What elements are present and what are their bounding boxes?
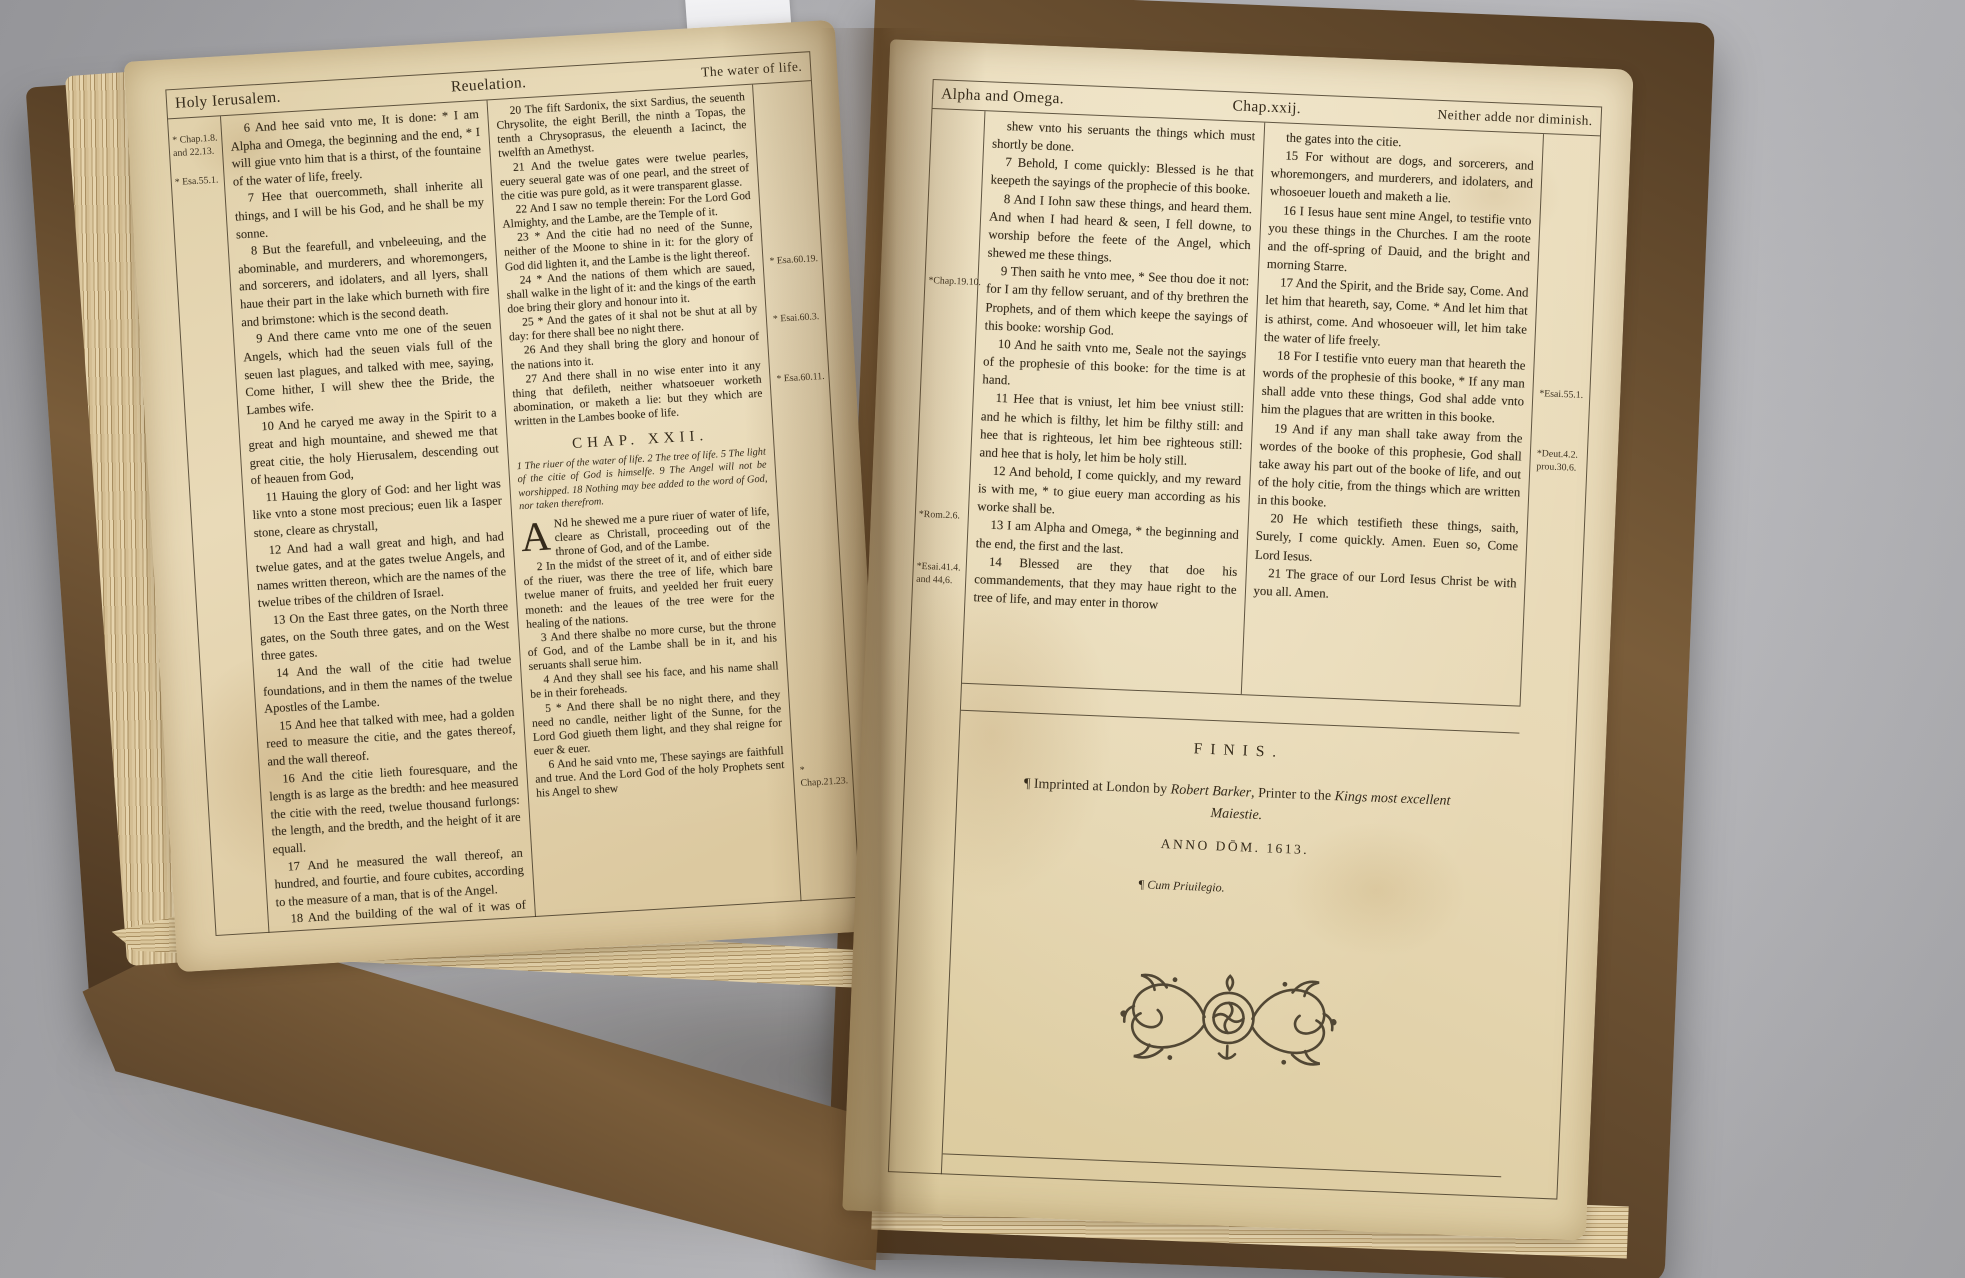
- running-head-center: Chap.xxij.: [1158, 94, 1376, 121]
- verse-number: 12: [992, 464, 1005, 479]
- woodcut-ornament: [1100, 955, 1355, 1092]
- cum-privilegio: ¶ Cum Priuilegio.: [902, 868, 1461, 906]
- verse-number: 10: [261, 419, 274, 434]
- verse-number: 9: [1001, 264, 1008, 278]
- margin-note: *Esai.55.1.: [1539, 388, 1587, 403]
- text-column-a: 6 And hee said vnto me, It is done: * I …: [221, 100, 536, 932]
- imprint-segment: Robert Barker: [1170, 782, 1251, 800]
- verse: 9 And there came vnto me one of the seue…: [242, 317, 496, 420]
- left-text-block: Holy Ierusalem. Reuelation. The water of…: [165, 51, 860, 936]
- imprint-text: ¶ Imprinted at London by Robert Barker, …: [1021, 773, 1452, 834]
- verse: 8 And I Iohn saw these things, and heard…: [987, 189, 1252, 272]
- verse: 14 Blessed are they that doe his command…: [973, 552, 1238, 617]
- verse-number: 21: [513, 161, 525, 174]
- verse-number: 11: [995, 391, 1008, 405]
- verse-number: 2: [536, 561, 542, 573]
- verse-number: 9: [256, 331, 263, 345]
- verse-number: 18: [1277, 348, 1290, 363]
- verse: 18 For I testifie vnto euery man that he…: [1261, 346, 1526, 429]
- verse: 9 Then saith he vnto mee, * See thou doe…: [984, 262, 1249, 345]
- verse-number: 20: [1270, 512, 1283, 527]
- verse-number: 23: [517, 231, 529, 244]
- margin-note: * Esa.55.1.: [175, 174, 223, 189]
- verse: 8 But the fearefull, and vnbeleeuing, an…: [237, 229, 491, 332]
- verse-number: 15: [279, 718, 292, 733]
- verse-number: 6: [548, 759, 554, 771]
- right-text-block: Alpha and Omega. Chap.xxij. Neither adde…: [888, 79, 1602, 1200]
- verse-number: 7: [247, 191, 254, 205]
- verse-number: 12: [268, 542, 281, 557]
- imprint-segment: ¶ Imprinted at London by: [1024, 776, 1171, 797]
- margin-note: * Chap.21.23.: [799, 762, 850, 790]
- verse-number: 13: [273, 612, 286, 627]
- verse-number: 8: [1004, 192, 1011, 206]
- chapter-argument: 1 The riuer of the water of life. 2 The …: [516, 445, 768, 514]
- finis-text: FINIS.: [959, 731, 1518, 772]
- verse-number: 20: [509, 104, 521, 117]
- verse-number: 24: [519, 274, 531, 287]
- verse: 11 Hee that is vniust, let him bee vnius…: [979, 389, 1244, 472]
- margin-note: *Deut.4.2. prou.30.6.: [1536, 448, 1585, 475]
- verse-number: 27: [525, 373, 537, 386]
- colophon: FINIS. ¶ Imprinted at London by Robert B…: [946, 711, 1520, 1099]
- verse-number: 21: [1268, 566, 1281, 581]
- verse-number: 16: [1283, 203, 1296, 218]
- verse-number: 3: [541, 632, 547, 644]
- verse-number: 18: [290, 911, 303, 926]
- verse: 19 And if any man shall take away from t…: [1257, 418, 1523, 519]
- running-head-right: Neither adde nor diminish.: [1375, 104, 1593, 129]
- text-column-b: 20 The fift Sardonix, the sixt Sardius, …: [487, 85, 802, 917]
- text-column-1: shew vnto his seruants the things which …: [962, 111, 1265, 694]
- margin-note: * Esa.60.11.: [776, 371, 827, 387]
- verse-number: 19: [1274, 421, 1287, 436]
- verse: 15 For without are dogs, and sorcerers, …: [1270, 146, 1535, 211]
- verse: 16 And the citie lieth fouresquare, and …: [268, 756, 522, 859]
- verse-number: 11: [265, 489, 278, 504]
- text-column-2: the gates into the citie.15 For without …: [1241, 123, 1544, 706]
- verse-number: 17: [1280, 276, 1293, 291]
- verse-number: 26: [524, 344, 536, 357]
- rule-line: [943, 1153, 1502, 1177]
- running-head-left: Alpha and Omega.: [941, 85, 1159, 112]
- verse-number: 6: [243, 121, 250, 135]
- margin-note: *Esai.41.4. and 44,6.: [916, 561, 964, 588]
- photo-scene: Holy Ierusalem. Reuelation. The water of…: [0, 0, 1965, 1278]
- verse-number: 5: [545, 702, 551, 714]
- margin-note: * Esa.60.19.: [769, 253, 820, 269]
- verse-number: 10: [998, 337, 1011, 352]
- verse-number: 15: [1285, 149, 1298, 164]
- drop-cap: A: [520, 517, 556, 555]
- verse-number: 14: [276, 665, 289, 680]
- verse-number: 8: [251, 244, 258, 258]
- verse-number: 14: [989, 554, 1002, 569]
- verse-number: 7: [1005, 155, 1012, 169]
- imprint-segment: , Printer to the: [1251, 786, 1335, 804]
- page-right: Alpha and Omega. Chap.xxij. Neither adde…: [842, 39, 1633, 1241]
- anno-dom-date: ANNO DŌM. 1613.: [955, 828, 1514, 867]
- margin-note: * Chap.1.8. and 22.13.: [172, 132, 220, 160]
- margin-note: *Chap.19.10.: [928, 275, 975, 290]
- verse-number: 16: [282, 771, 295, 786]
- verse-number: 17: [287, 858, 300, 873]
- margin-note: * Esai.60.3.: [773, 311, 824, 327]
- verse: 17 And the Spirit, and the Bride say, Co…: [1264, 273, 1529, 356]
- verse-number: 4: [543, 674, 549, 686]
- margin-note: *Rom.2.6.: [919, 509, 966, 524]
- verse: 16 I Iesus haue sent mine Angel, to test…: [1267, 201, 1532, 284]
- verse-number: 13: [990, 518, 1003, 533]
- page-left: Holy Ierusalem. Reuelation. The water of…: [124, 20, 889, 973]
- verse-number: 22: [515, 203, 527, 216]
- verse-number: 25: [522, 316, 534, 329]
